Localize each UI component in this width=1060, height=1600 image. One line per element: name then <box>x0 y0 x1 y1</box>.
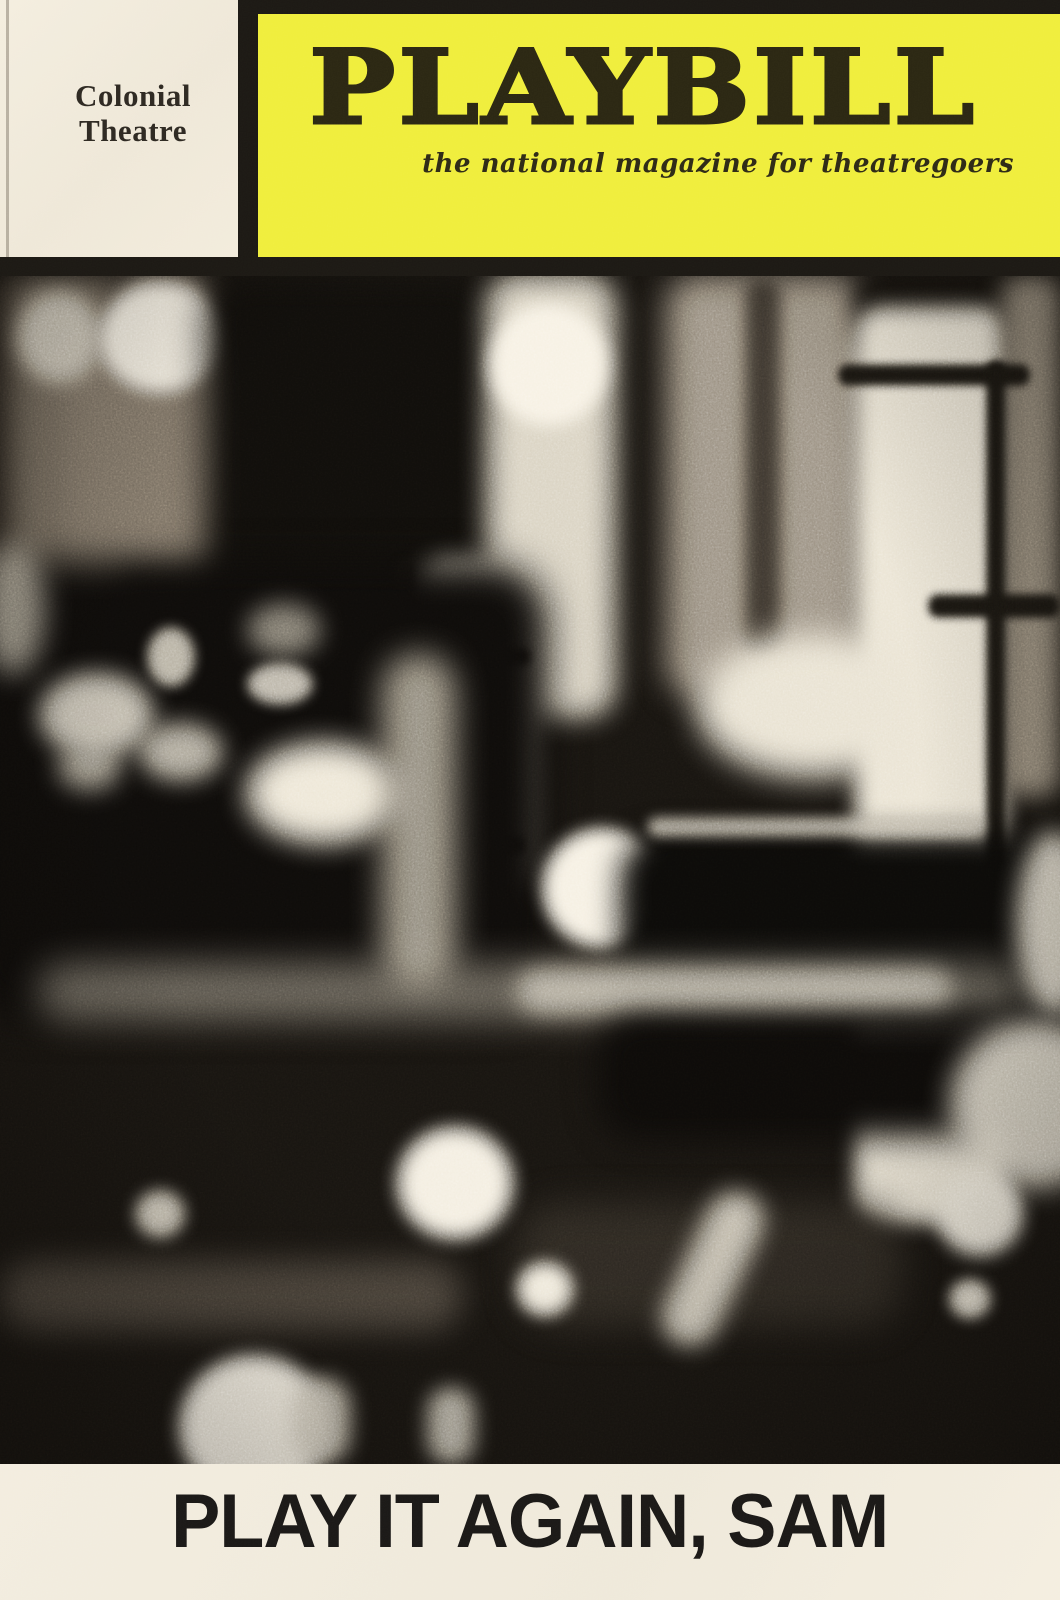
theatre-box: Colonial Theatre <box>0 0 238 257</box>
photo-blob <box>698 634 930 776</box>
playbill-banner: PLAYBILL the national magazine for theat… <box>258 0 1060 257</box>
title-strip: PLAY IT AGAIN, SAM <box>0 1464 1060 1600</box>
photo-blob <box>745 276 781 656</box>
photo-blob <box>293 1378 350 1464</box>
photo-blob <box>398 1128 512 1238</box>
photo-blob <box>100 284 222 392</box>
photo-blob <box>248 744 400 842</box>
photo-blob <box>248 664 312 704</box>
photo-blob <box>383 654 455 984</box>
show-title: PLAY IT AGAIN, SAM <box>171 1478 888 1565</box>
photo-blob <box>58 744 120 790</box>
photo-blob <box>18 292 100 382</box>
photo-blob <box>490 304 608 426</box>
photo-blob <box>518 970 952 1012</box>
photo-blob <box>136 1191 184 1237</box>
photo-top-frame <box>0 257 1060 276</box>
scan-crease-line <box>6 0 9 257</box>
photo-blob <box>1002 276 1060 796</box>
playbill-tagline: the national magazine for theatregoers <box>422 149 1014 179</box>
photo-blob <box>0 1262 462 1330</box>
masthead-divider <box>238 0 258 257</box>
photo-blob <box>428 1388 474 1464</box>
photo-blob <box>950 1280 990 1318</box>
banner-top-border <box>258 0 1060 14</box>
playbill-logo: PLAYBILL <box>309 40 977 137</box>
photo-blob <box>140 724 222 780</box>
photo-blob <box>518 1263 572 1315</box>
photo-blob <box>648 818 983 836</box>
cover-photo-night-street <box>0 276 1060 1464</box>
photo-blob <box>938 1173 1022 1255</box>
theatre-name: Colonial Theatre <box>53 79 213 147</box>
photo-blob <box>248 604 320 656</box>
playbill-cover: Colonial Theatre PLAYBILL the national m… <box>0 0 1060 1600</box>
photo-blob <box>148 628 194 686</box>
